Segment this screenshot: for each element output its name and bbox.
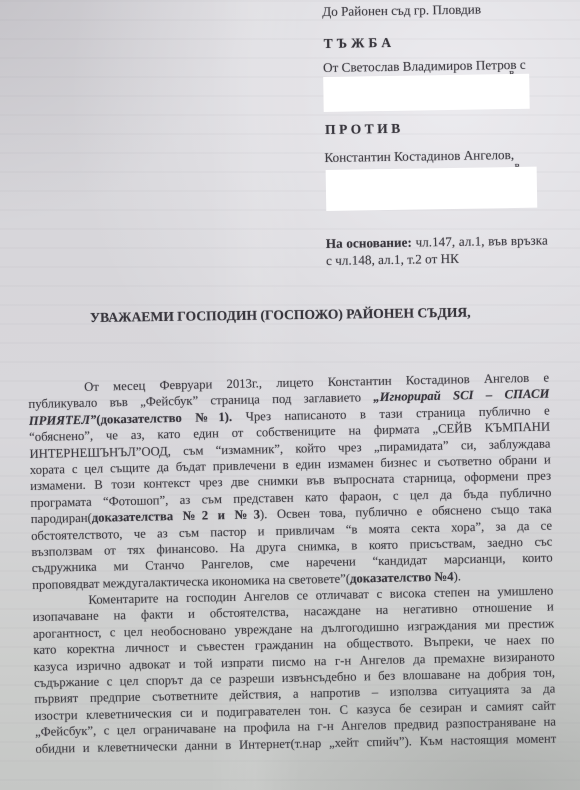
body-paragraphs: От месец Февруари 2013г., лицето Констан…	[28, 370, 556, 757]
defendant-line: Константин Костадинов Ангелов,	[324, 147, 514, 166]
document-photo: До Районен съд гр. Пловдив ТЪЖБА От Свет…	[0, 0, 580, 790]
legal-basis-label: На основание:	[326, 235, 412, 251]
paragraph: Коментарите на господин Ангелов се отлич…	[32, 583, 556, 757]
paragraph: От месец Февруари 2013г., лицето Констан…	[28, 370, 553, 593]
redaction-box-1	[323, 74, 530, 112]
redaction-box-2	[326, 167, 538, 211]
court-address-block: До Районен съд гр. Пловдив ТЪЖБА От Свет…	[322, 0, 554, 2]
court-recipient-line: До Районен съд гр. Пловдив	[322, 2, 481, 20]
legal-basis-line: На основание: чл.147, ал.1, във връзка с…	[326, 232, 548, 268]
claimant-line: От Светослав Владимиров Петров с	[323, 57, 526, 76]
against-heading: ПРОТИВ	[325, 121, 404, 138]
salutation-heading: УВАЖАЕМИ ГОСПОДИН (ГОСПОЖО) РАЙОНЕН СЪДИ…	[90, 305, 471, 326]
document-title: ТЪЖБА	[324, 35, 396, 52]
